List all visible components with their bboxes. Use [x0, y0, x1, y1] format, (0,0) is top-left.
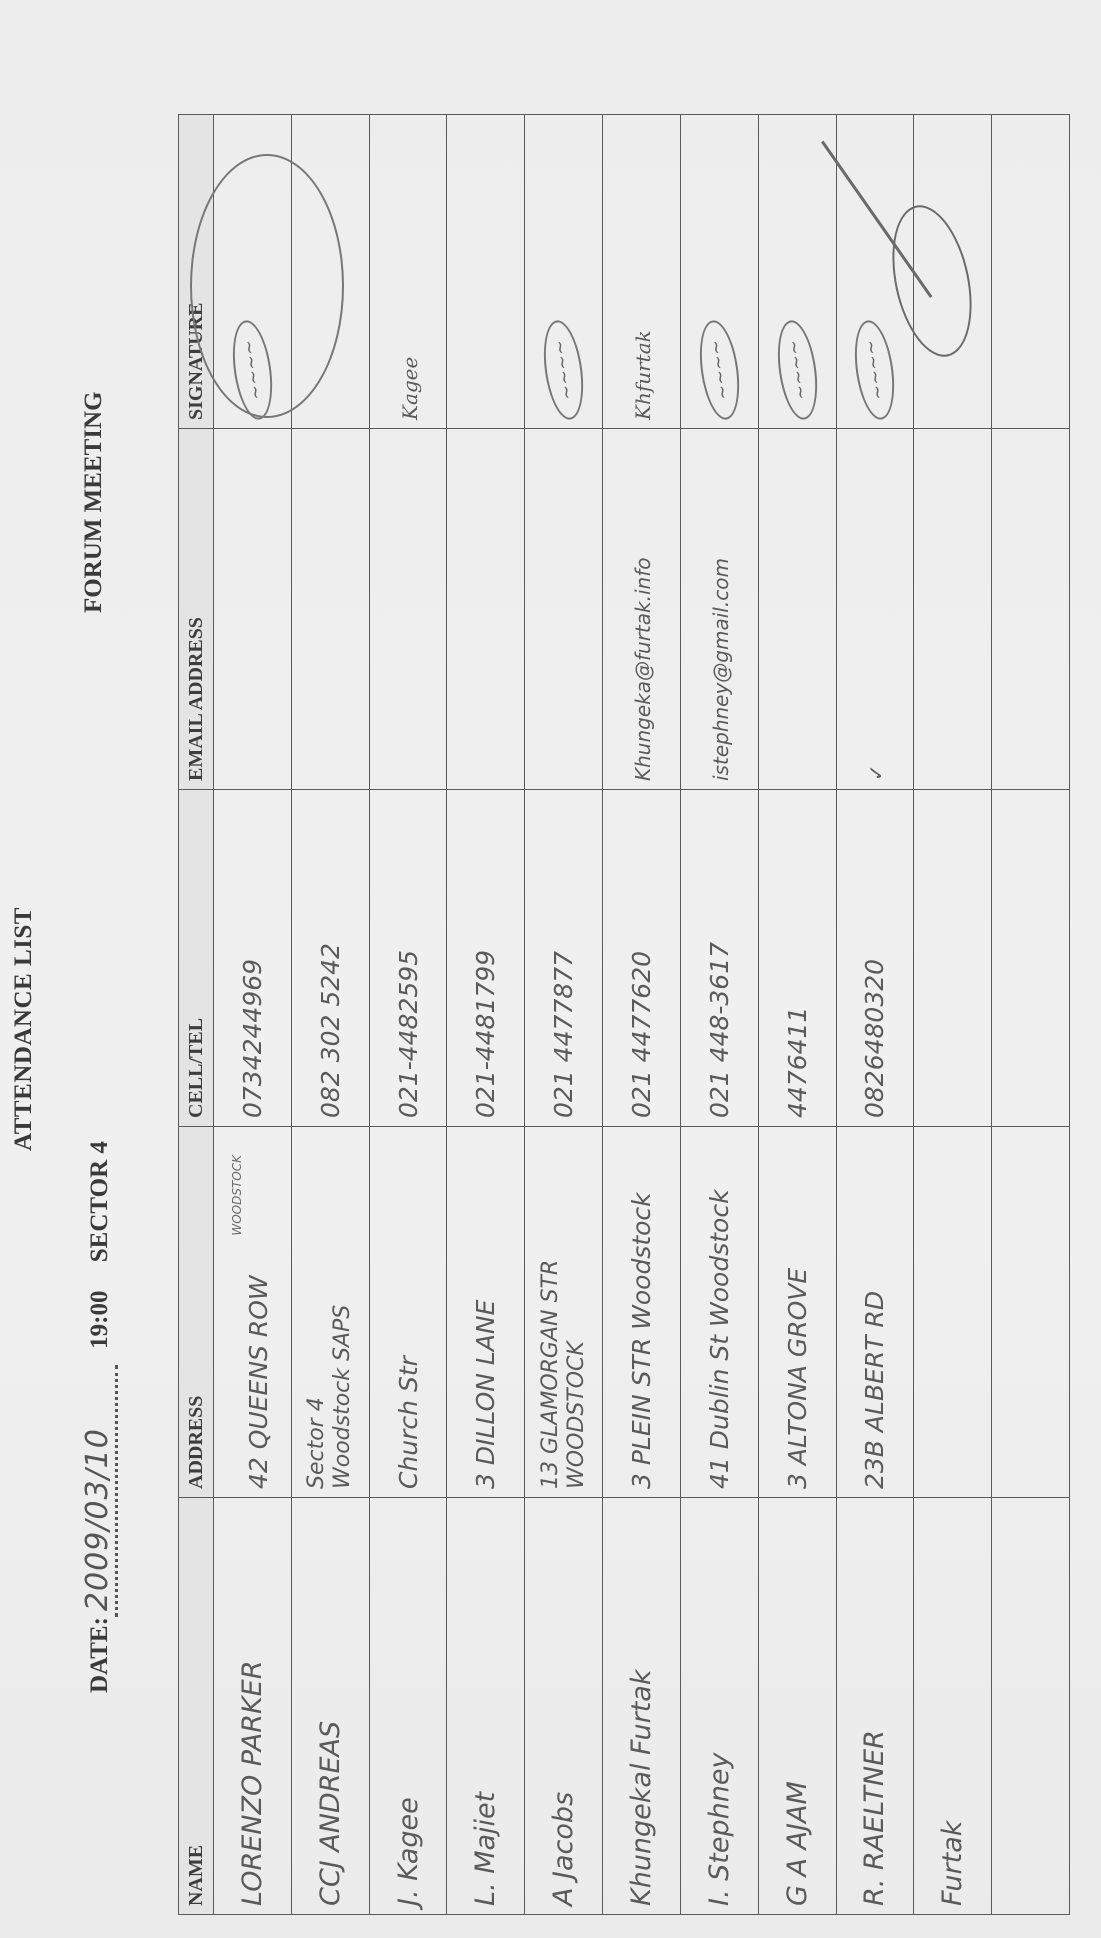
date-line: DATE:2009/03/10 19:00 SECTOR 4	[80, 1141, 118, 1693]
header-signature: SIGNATURE	[179, 115, 214, 429]
phone-text: 021-4482595	[394, 950, 423, 1118]
cell-email	[214, 429, 292, 790]
table-row: R. RAELTNER23B ALBERT RD0826480320✓~~~~	[836, 115, 914, 1915]
cell-signature	[992, 115, 1070, 429]
address-text: 41 Dublin St Woodstock	[705, 1189, 734, 1489]
header-cell: CELL/TEL	[179, 790, 214, 1127]
email-text: istephney@gmail.com	[709, 558, 733, 781]
address-text: 13 GLAMORGAN STR	[538, 1135, 564, 1489]
cell-address: 23B ALBERT RD	[836, 1127, 914, 1498]
cell-address: 3 DILLON LANE	[447, 1127, 525, 1498]
name-text: I. Stephney	[704, 1753, 735, 1906]
name-text: LORENZO PARKER	[237, 1660, 268, 1906]
table-row: LORENZO PARKERWOODSTOCK42 QUEENS ROW0734…	[214, 115, 292, 1915]
cell-phone: 082 302 5242	[291, 790, 369, 1127]
table-row: I. Stephney41 Dublin St Woodstock021 448…	[680, 115, 758, 1915]
address-text: Sector 4	[304, 1135, 330, 1489]
signature-scribble: ~~~~	[694, 318, 745, 423]
cell-address: Sector 4Woodstock SAPS	[291, 1127, 369, 1498]
email-text: Khungeka@furtak.info	[631, 558, 655, 781]
cell-signature	[447, 115, 525, 429]
title-text: ATTENDANCE LIST	[10, 907, 37, 1151]
header-row: NAME ADDRESS CELL/TEL EMAIL ADDRESS SIGN…	[179, 115, 214, 1915]
date-label: DATE:	[86, 1617, 113, 1693]
cell-signature: ~~~~	[525, 115, 603, 429]
cell-signature: ~~~~	[214, 115, 292, 429]
meeting-time: 19:00	[86, 1290, 113, 1348]
table-row	[992, 115, 1070, 1915]
table-row: J. KageeChurch Str021-4482595Kagee	[369, 115, 447, 1915]
table-row: Khungekal Furtak3 PLEIN STR Woodstock021…	[603, 115, 681, 1915]
phone-text: 082 302 5242	[316, 943, 345, 1118]
signature-scribble: ~~~~	[227, 318, 278, 423]
attendance-sheet: ATTENDANCE LIST DATE:2009/03/10 19:00 SE…	[0, 0, 1101, 1938]
cell-name: A Jacobs	[525, 1498, 603, 1915]
phone-text: 021 4477877	[549, 951, 578, 1118]
signature-scribble: ~~~~	[538, 318, 589, 423]
cell-signature	[291, 115, 369, 429]
cell-phone: 021-4482595	[369, 790, 447, 1127]
cell-address	[992, 1127, 1070, 1498]
address-note: WOODSTOCK	[231, 1135, 244, 1489]
name-text: G A AJAM	[782, 1781, 813, 1906]
cell-email	[525, 429, 603, 790]
name-text: CCJ ANDREAS	[315, 1721, 346, 1906]
name-text: L. Majiet	[470, 1792, 501, 1906]
phone-text: 4476411	[783, 1007, 812, 1118]
cell-signature	[914, 115, 992, 429]
cell-phone: 0826480320	[836, 790, 914, 1127]
address-text: 3 PLEIN STR Woodstock	[627, 1192, 656, 1489]
cell-email: istephney@gmail.com	[680, 429, 758, 790]
cell-signature: Khfurtak	[603, 115, 681, 429]
cell-email	[369, 429, 447, 790]
cell-address: WOODSTOCK42 QUEENS ROW	[214, 1127, 292, 1498]
cell-name	[992, 1498, 1070, 1915]
signature-scribble: ~~~~	[850, 318, 901, 423]
table-row: Furtak	[914, 115, 992, 1915]
phone-text: 021-4481799	[471, 950, 500, 1118]
cell-phone: 021 4477877	[525, 790, 603, 1127]
cell-email	[992, 429, 1070, 790]
cell-signature: ~~~~	[836, 115, 914, 429]
cell-name: I. Stephney	[680, 1498, 758, 1915]
cell-phone: 4476411	[758, 790, 836, 1127]
attendance-table: NAME ADDRESS CELL/TEL EMAIL ADDRESS SIGN…	[178, 114, 1070, 1915]
cell-email	[291, 429, 369, 790]
address-text: 3 ALTONA GROVE	[783, 1268, 812, 1489]
date-value: 2009/03/10	[80, 1365, 118, 1617]
address-text: Church Str	[394, 1356, 423, 1489]
cell-name: CCJ ANDREAS	[291, 1498, 369, 1915]
address-text: 3 DILLON LANE	[471, 1300, 500, 1489]
cell-phone: 0734244969	[214, 790, 292, 1127]
table-row: L. Majiet3 DILLON LANE021-4481799	[447, 115, 525, 1915]
meeting-name: FORUM MEETING	[80, 391, 108, 613]
phone-text: 021 448-3617	[705, 942, 734, 1118]
cell-address: 3 PLEIN STR Woodstock	[603, 1127, 681, 1498]
cell-name: Furtak	[914, 1498, 992, 1915]
cell-email	[758, 429, 836, 790]
cell-phone: 021 4477620	[603, 790, 681, 1127]
cell-name: G A AJAM	[758, 1498, 836, 1915]
table-row: A Jacobs13 GLAMORGAN STRWOODSTOCK021 447…	[525, 115, 603, 1915]
address-line2: Woodstock SAPS	[330, 1135, 356, 1489]
header-name: NAME	[179, 1498, 214, 1915]
email-text: ✓	[864, 764, 888, 781]
address-text: 23B ALBERT RD	[860, 1291, 889, 1489]
address-line2: WOODSTOCK	[564, 1135, 590, 1489]
cell-email	[447, 429, 525, 790]
cell-name: L. Majiet	[447, 1498, 525, 1915]
name-text: Furtak	[937, 1821, 968, 1906]
cell-email: Khungeka@furtak.info	[603, 429, 681, 790]
cell-address	[914, 1127, 992, 1498]
cell-email: ✓	[836, 429, 914, 790]
phone-text: 021 4477620	[627, 951, 656, 1118]
cell-signature: Kagee	[369, 115, 447, 429]
name-text: A Jacobs	[548, 1792, 579, 1906]
sector-label: SECTOR 4	[86, 1141, 113, 1262]
cell-address: Church Str	[369, 1127, 447, 1498]
cell-phone: 021-4481799	[447, 790, 525, 1127]
phone-text: 0826480320	[860, 959, 889, 1118]
header-address: ADDRESS	[179, 1127, 214, 1498]
cell-name: R. RAELTNER	[836, 1498, 914, 1915]
cell-name: Khungekal Furtak	[603, 1498, 681, 1915]
signature-text: Khfurtak	[631, 330, 655, 420]
cell-address: 13 GLAMORGAN STRWOODSTOCK	[525, 1127, 603, 1498]
cell-email	[914, 429, 992, 790]
table-row: CCJ ANDREASSector 4Woodstock SAPS082 302…	[291, 115, 369, 1915]
cell-name: J. Kagee	[369, 1498, 447, 1915]
cell-phone	[992, 790, 1070, 1127]
cell-signature: ~~~~	[680, 115, 758, 429]
name-text: J. Kagee	[393, 1797, 424, 1906]
header-email: EMAIL ADDRESS	[179, 429, 214, 790]
cell-phone	[914, 790, 992, 1127]
cell-phone: 021 448-3617	[680, 790, 758, 1127]
cell-name: LORENZO PARKER	[214, 1498, 292, 1915]
document-title: ATTENDANCE LIST	[10, 0, 38, 1938]
address-text: 42 QUEENS ROW	[244, 1275, 273, 1489]
signature-scribble: ~~~~	[772, 318, 823, 423]
cell-address: 3 ALTONA GROVE	[758, 1127, 836, 1498]
signature-text: Kagee	[398, 357, 422, 420]
name-text: Khungekal Furtak	[626, 1670, 657, 1906]
cell-address: 41 Dublin St Woodstock	[680, 1127, 758, 1498]
table-row: G A AJAM3 ALTONA GROVE4476411~~~~	[758, 115, 836, 1915]
name-text: R. RAELTNER	[859, 1730, 890, 1906]
phone-text: 0734244969	[238, 959, 267, 1118]
cell-signature: ~~~~	[758, 115, 836, 429]
